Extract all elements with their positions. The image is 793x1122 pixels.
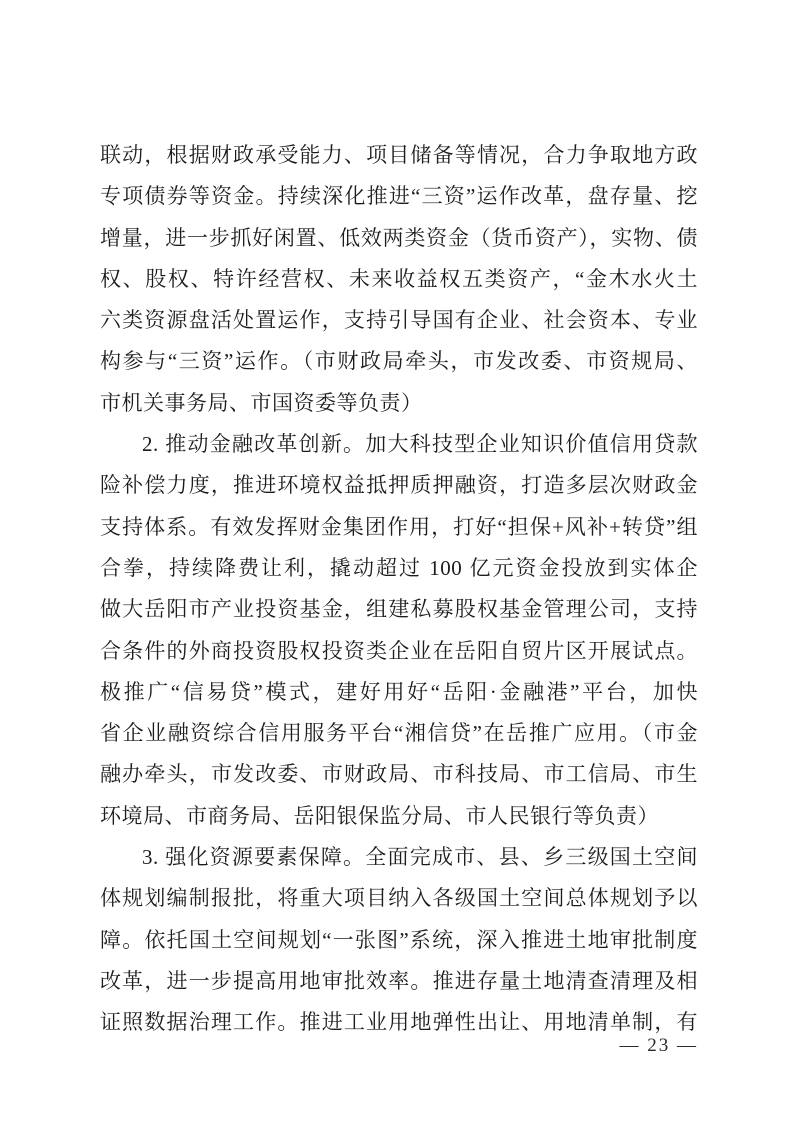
text-line: 省企业融资综合信用服务平台“湘信贷”在岳推广应用。（市金	[100, 713, 698, 754]
text-line: 2. 推动金融改革创新。加大科技型企业知识价值信用贷款风	[100, 424, 698, 465]
text-line: 体规划编制报批，将重大项目纳入各级国土空间总体规划予以保	[100, 878, 698, 919]
text-line: 合拳，持续降费让利，撬动超过 100 亿元资金投放到实体企业。	[100, 548, 698, 589]
text-line: 合条件的外商投资股权投资类企业在岳阳自贸片区开展试点。积	[100, 631, 698, 672]
text-line: 市机关事务局、市国资委等负责）	[100, 383, 698, 424]
page-number: — 23 —	[620, 1034, 699, 1058]
text-line: 支持体系。有效发挥财金集团作用，打好“担保+风补+转贷”组	[100, 507, 698, 548]
text-line: 权、股权、特许经营权、未来收益权五类资产，“金木水火土数”	[100, 259, 698, 300]
text-line: 改革，进一步提高用地审批效率。推进存量土地清查清理及相关	[100, 961, 698, 1002]
text-line: 3. 强化资源要素保障。全面完成市、县、乡三级国土空间总	[100, 837, 698, 878]
text-line: 六类资源盘活处置运作，支持引导国有企业、社会资本、专业机	[100, 300, 698, 341]
text-line: 险补偿力度，推进环境权益抵押质押融资，打造多层次财政金融	[100, 465, 698, 506]
text-line: 联动，根据财政承受能力、项目储备等情况，合力争取地方政府	[100, 135, 698, 176]
document-page: 联动，根据财政承受能力、项目储备等情况，合力争取地方政府专项债券等资金。持续深化…	[0, 0, 793, 1122]
text-line: 环境局、市商务局、岳阳银保监分局、市人民银行等负责）	[100, 796, 698, 837]
text-line: 增量，进一步抓好闲置、低效两类资金（货币资产），实物、债	[100, 218, 698, 259]
paragraph: 2. 推动金融改革创新。加大科技型企业知识价值信用贷款风险补偿力度，推进环境权益…	[100, 424, 698, 837]
text-line: 做大岳阳市产业投资基金，组建私募股权基金管理公司，支持符	[100, 589, 698, 630]
text-line: 极推广“信易贷”模式，建好用好“岳阳·金融港”平台，加快	[100, 672, 698, 713]
paragraph: 3. 强化资源要素保障。全面完成市、县、乡三级国土空间总体规划编制报批，将重大项…	[100, 837, 698, 1043]
document-body: 联动，根据财政承受能力、项目储备等情况，合力争取地方政府专项债券等资金。持续深化…	[100, 135, 698, 1044]
text-line: 证照数据治理工作。推进工业用地弹性出让、用地清单制，有序	[100, 1002, 698, 1043]
text-line: 构参与“三资”运作。（市财政局牵头，市发改委、市资规局、	[100, 341, 698, 382]
text-line: 专项债券等资金。持续深化推进“三资”运作改革，盘存量、挖	[100, 176, 698, 217]
text-line: 融办牵头，市发改委、市财政局、市科技局、市工信局、市生态	[100, 754, 698, 795]
paragraph: 联动，根据财政承受能力、项目储备等情况，合力争取地方政府专项债券等资金。持续深化…	[100, 135, 698, 424]
text-line: 障。依托国土空间规划“一张图”系统，深入推进土地审批制度	[100, 920, 698, 961]
